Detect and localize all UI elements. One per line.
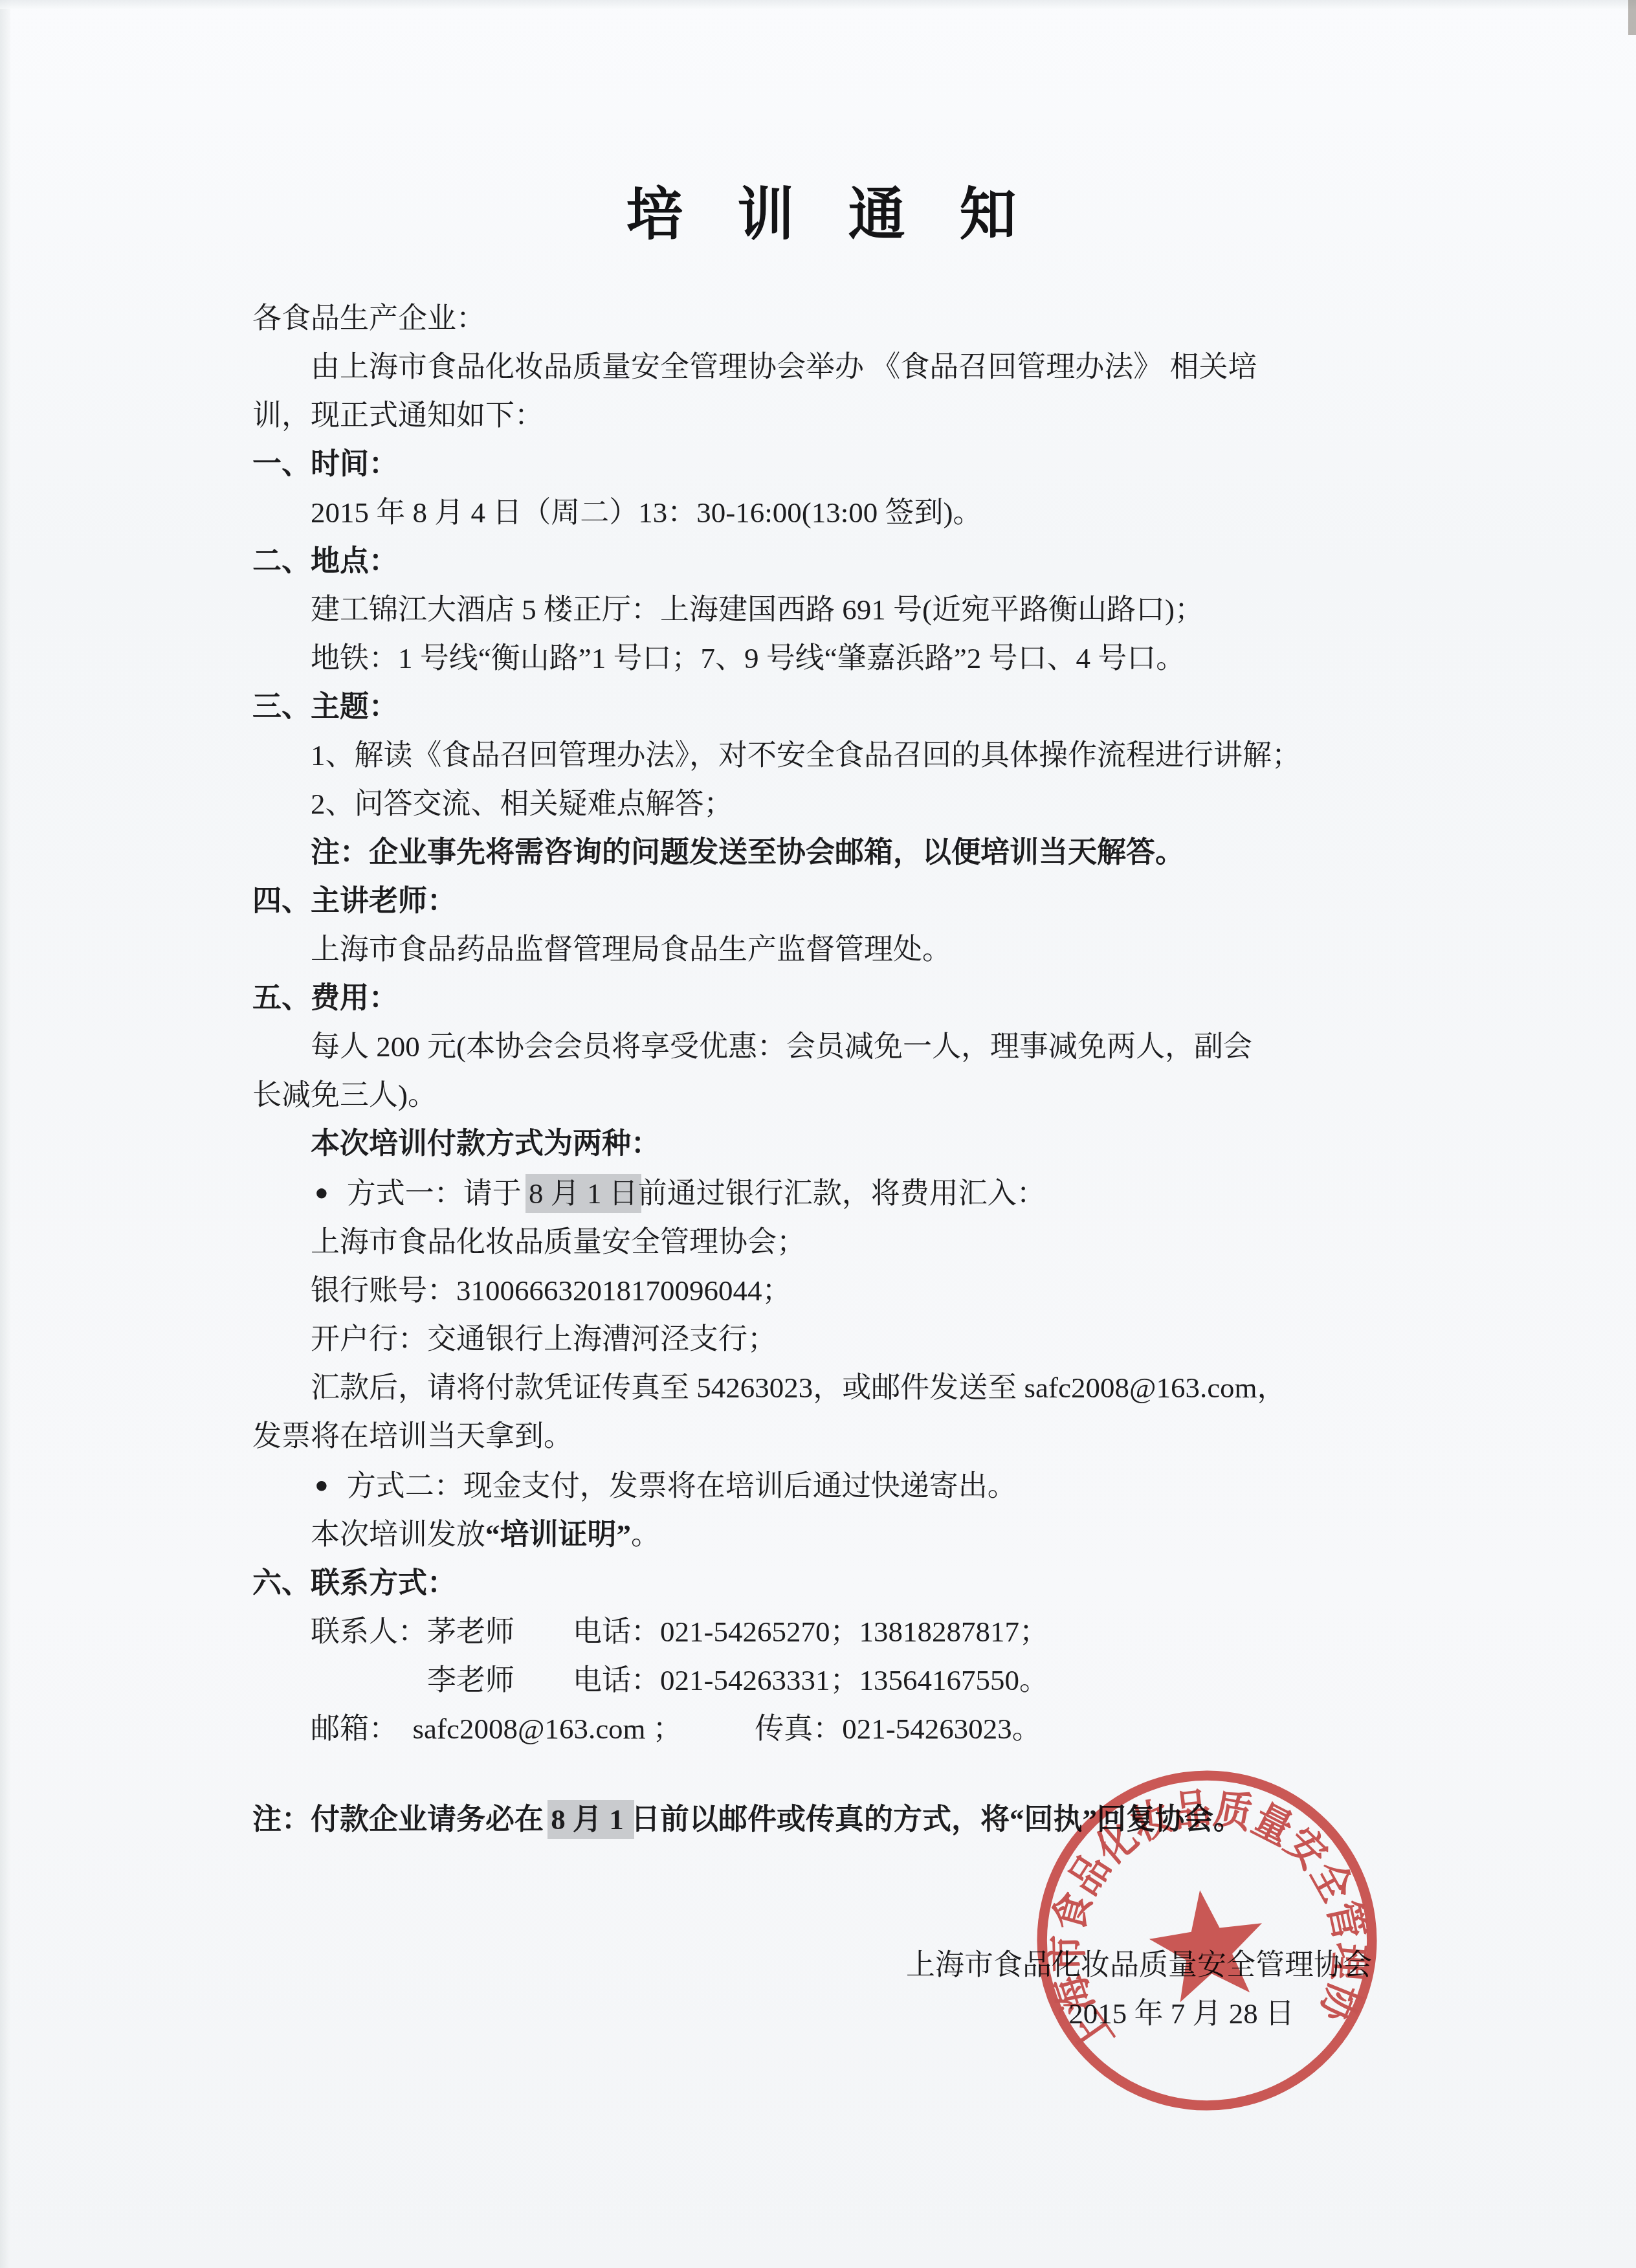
footnote-deadline-highlight: 8 月 1: [551, 1803, 631, 1836]
topic-item-1: 1、解读《食品召回管理办法》，对不安全食品召回的具体操作流程进行讲解；: [252, 731, 1390, 780]
payee-name: 上海市食品化妆品质量安全管理协会；: [252, 1218, 1390, 1267]
intro-line-1: 由上海市食品化妆品质量安全管理协会举办 《食品召回管理办法》 相关培: [252, 343, 1390, 392]
vertical-gap: [252, 1844, 1390, 1941]
footnote-text-pre: 注：付款企业请务必在: [252, 1803, 551, 1836]
payment-intro: 本次培训付款方式为两种：: [252, 1120, 1390, 1168]
contact-email-fax: 邮箱： safc2008@163.com ； 传真：021-54263023。: [252, 1705, 1390, 1753]
section-fee-heading: 五、费用：: [252, 974, 1390, 1023]
remittance-line-1: 汇款后，请将付款凭证传真至 54263023，或邮件发送至 safc2008@1…: [252, 1364, 1390, 1412]
bullet-icon: ●: [315, 1179, 329, 1205]
bank-branch: 开户行：交通银行上海漕河泾支行；: [252, 1315, 1390, 1364]
topic-item-2: 2、问答交流、相关疑难点解答；: [252, 780, 1390, 828]
footnote-reply-notice: 注：付款企业请务必在 8 月 1 日前以邮件或传真的方式，将“回执”回复协会。: [252, 1795, 1390, 1844]
remittance-line-2: 发票将在培训当天拿到。: [252, 1412, 1390, 1461]
fee-line-1: 每人 200 元(本协会会员将享受优惠：会员减免一人，理事减免两人，副会: [252, 1023, 1390, 1071]
method-1-deadline-highlight: 8 月 1 日: [529, 1177, 638, 1210]
section-topic-heading: 三、主题：: [252, 683, 1390, 731]
signature-organization: 上海市食品化妆品质量安全管理协会: [252, 1941, 1390, 1990]
venue-metro: 地铁：1 号线“衡山路”1 号口；7、9 号线“肇嘉浜路”2 号口、4 号口。: [252, 634, 1390, 683]
scanned-notice-document: 培训通知 各食品生产企业： 由上海市食品化妆品质量安全管理协会举办 《食品召回管…: [0, 0, 1636, 2038]
time-value: 2015 年 8 月 4 日（周二）13：30-16:00(13:00 签到)。: [252, 489, 1390, 537]
signature-date: 2015 年 7 月 28 日: [252, 1990, 1390, 2038]
page-title: 培训通知: [252, 181, 1390, 249]
method-2-text: 方式二：现金支付，发票将在培训后通过快递寄出。: [347, 1470, 1017, 1502]
certificate-name: “培训证明”: [485, 1518, 631, 1551]
certificate-line: 本次培训发放“培训证明”。: [252, 1511, 1390, 1559]
method-1-text-post: 前通过银行汇款，将费用汇入：: [638, 1177, 1046, 1210]
payment-method-1: ●方式一：请于 8 月 1 日前通过银行汇款，将费用汇入：: [252, 1168, 1390, 1218]
vertical-gap: [252, 1753, 1390, 1795]
method-1-text-pre: 方式一：请于: [347, 1177, 529, 1210]
section-venue-heading: 二、地点：: [252, 537, 1390, 586]
section-lecturer-heading: 四、主讲老师：: [252, 877, 1390, 926]
section-time-heading: 一、时间：: [252, 440, 1390, 489]
section-contact-heading: 六、联系方式：: [252, 1559, 1390, 1608]
intro-line-2: 训，现正式通知如下：: [252, 392, 1390, 440]
certificate-text-pre: 本次培训发放: [311, 1518, 485, 1551]
contact-person-1: 联系人：茅老师 电话：021-54265270；13818287817；: [252, 1608, 1390, 1656]
contact-person-2: 李老师 电话：021-54263331；13564167550。: [252, 1656, 1390, 1705]
venue-address: 建工锦江大酒店 5 楼正厅：上海建国西路 691 号(近宛平路衡山路口)；: [252, 586, 1390, 634]
payment-method-2: ●方式二：现金支付，发票将在培训后通过快递寄出。: [252, 1461, 1390, 1511]
footnote-text-post: 日前以邮件或传真的方式，将“回执”回复协会。: [631, 1803, 1243, 1836]
certificate-text-post: 。: [631, 1518, 660, 1551]
fee-line-2: 长减免三人)。: [252, 1071, 1390, 1120]
bank-account-number: 银行账号：310066632018170096044；: [252, 1267, 1390, 1315]
lecturer-value: 上海市食品药品监督管理局食品生产监督管理处。: [252, 926, 1390, 974]
topic-note: 注：企业事先将需咨询的问题发送至协会邮箱，以便培训当天解答。: [252, 828, 1390, 877]
bullet-icon: ●: [315, 1472, 329, 1498]
salutation: 各食品生产企业：: [252, 295, 1390, 343]
